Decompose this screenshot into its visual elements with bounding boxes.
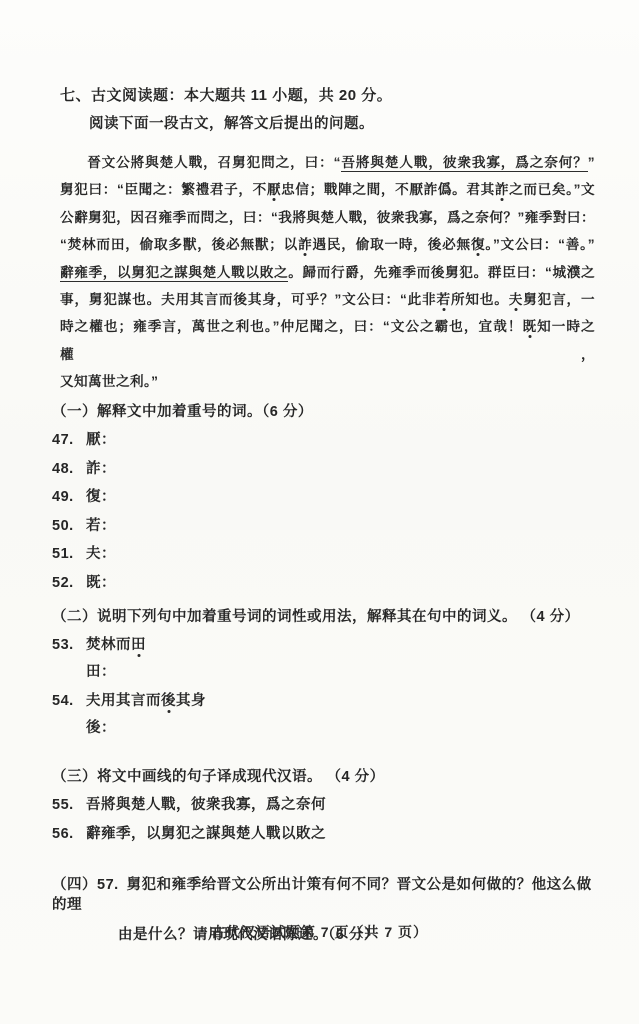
page-footer: 古代汉语试题第 7 页（共 7 页） (0, 922, 639, 942)
text-run: 夫用其言而 (86, 693, 161, 709)
question-50: 50. 若： (52, 517, 595, 536)
question-number: 48. (52, 460, 86, 479)
text-run: 時之權也；雍季言，萬世之利也。”仲尼聞之，曰：“文公之霸也，宜哉！ (60, 319, 522, 334)
emphasized-char: 詐 (298, 237, 312, 252)
emphasized-char: 厭 (267, 182, 281, 197)
section-one-heading: （一）解释文中加着重号的词。（6 分） (52, 402, 595, 422)
section-one: （一）解释文中加着重号的词。（6 分） 47. 厭： 48. 詐： 49. 復：… (52, 402, 595, 593)
passage-line: 又知萬世之利。” (60, 368, 595, 395)
question-sentence: 辭雍季，以舅犯之謀與楚人戰以敗之 (86, 825, 326, 844)
question-sentence: 夫用其言而後其身 (86, 692, 206, 711)
section-three-heading: （三）将文中画线的句子译成现代汉语。 （4 分） (52, 767, 595, 787)
question-48: 48. 詐： (52, 460, 595, 479)
question-word: 復： (86, 488, 116, 507)
text-run: 。”文公曰：“善。” (485, 237, 595, 252)
question-word: 詐： (86, 460, 116, 479)
question-55: 55. 吾將與楚人戰，彼衆我寡，爲之奈何 (52, 796, 595, 815)
question-number: 49. (52, 488, 86, 507)
question-57-line1: （四）57.舅犯和雍季给晋文公所出计策有何不同？晋文公是如何做的？他这么做的理 (52, 875, 595, 915)
text-run: “焚林而田，偷取多獸，後必無獸；以 (60, 237, 298, 252)
question-sentence: 吾將與楚人戰，彼衆我寡，爲之奈何 (86, 796, 326, 815)
question-number: （四）57. (52, 877, 127, 893)
section-three: （三）将文中画线的句子译成现代汉语。 （4 分） 55. 吾將與楚人戰，彼衆我寡… (52, 767, 595, 844)
text-run: 忠信；戰陣之間，不厭詐僞。君其 (281, 182, 495, 197)
question-sentence: 焚林而田 (86, 636, 146, 655)
question-number: 51. (52, 545, 86, 564)
emphasized-char: 後 (161, 693, 176, 709)
question-number: 47. (52, 431, 86, 450)
text-run: 公辭舅犯，因召雍季而問之，曰：“我將與楚人戰，彼衆我寡，爲之奈何？”雍季對曰： (60, 210, 595, 225)
passage-line: 時之權也；雍季言，萬世之利也。”仲尼聞之，曰：“文公之霸也，宜哉！既知一時之權， (60, 313, 595, 368)
question-text: 舅犯和雍季给晋文公所出计策有何不同？晋文公是如何做的？他这么做的理 (52, 877, 592, 913)
question-word: 夫： (86, 545, 116, 564)
section-two-heading: （二）说明下列句中加着重号词的词性或用法，解释其在句中的词义。 （4 分） (52, 607, 595, 627)
section-seven-title: 七、古文阅读题：本大题共 11 小题，共 20 分。 (60, 86, 595, 106)
underlined-clause: 辭雍季，以舅犯之謀與楚人戰以敗之 (60, 265, 288, 282)
question-51: 51. 夫： (52, 545, 595, 564)
text-run: 所知也。 (451, 292, 509, 307)
question-word: 厭： (86, 431, 116, 450)
emphasized-char: 詐 (495, 182, 509, 197)
text-run: ” (588, 155, 595, 170)
question-47: 47. 厭： (52, 431, 595, 450)
question-53-answer-label: 田： (52, 663, 595, 682)
classical-passage: 晉文公將與楚人戰，召舅犯問之，曰：“吾將與楚人戰，彼衆我寡，爲之奈何？” 舅犯曰… (60, 149, 595, 396)
text-run: 。歸而行爵，先雍季而後舅犯。群臣曰：“城濮之 (288, 265, 595, 280)
text-run: 之而已矣。”文 (509, 182, 595, 197)
text-run: 其身 (176, 693, 206, 709)
question-53: 53. 焚林而田 (52, 636, 595, 655)
emphasized-char: 田 (131, 637, 146, 653)
underlined-clause: 吾將與楚人戰，彼衆我寡，爲之奈何？ (341, 155, 588, 172)
passage-line: 事，舅犯謀也。夫用其言而後其身，可乎？”文公曰：“此非若所知也。夫舅犯言，一 (60, 286, 595, 313)
question-number: 50. (52, 517, 86, 536)
question-word: 若： (86, 517, 116, 536)
question-56: 56. 辭雍季，以舅犯之謀與楚人戰以敗之 (52, 825, 595, 844)
text-run: 焚林而 (86, 637, 131, 653)
reading-instruction: 阅读下面一段古文，解答文后提出的问题。 (60, 114, 595, 134)
text-run: 晉文公將與楚人戰，召舅犯問之，曰：“ (87, 155, 341, 170)
passage-line: “焚林而田，偷取多獸，後必無獸；以詐遇民，偷取一時，後必無復。”文公曰：“善。” (60, 231, 595, 258)
passage-line: 公辭舅犯，因召雍季而問之，曰：“我將與楚人戰，彼衆我寡，爲之奈何？”雍季對曰： (60, 204, 595, 231)
text-run: 舅犯言，一 (523, 292, 595, 307)
emphasized-char: 若 (437, 292, 451, 307)
question-number: 54. (52, 692, 86, 711)
emphasized-char: 復 (471, 237, 485, 252)
passage-line: 辭雍季，以舅犯之謀與楚人戰以敗之。歸而行爵，先雍季而後舅犯。群臣曰：“城濮之 (60, 259, 595, 286)
question-54: 54. 夫用其言而後其身 (52, 692, 595, 711)
section-two: （二）说明下列句中加着重号词的词性或用法，解释其在句中的词义。 （4 分） 53… (52, 607, 595, 738)
question-52: 52. 既： (52, 574, 595, 593)
question-number: 53. (52, 636, 86, 655)
question-49: 49. 復： (52, 488, 595, 507)
emphasized-char: 夫 (509, 292, 523, 307)
question-number: 52. (52, 574, 86, 593)
question-number: 56. (52, 825, 86, 844)
text-run: 遇民，偷取一時，後必無 (312, 237, 470, 252)
passage-line: 晉文公將與楚人戰，召舅犯問之，曰：“吾將與楚人戰，彼衆我寡，爲之奈何？” (60, 149, 595, 176)
exam-page: 七、古文阅读题：本大题共 11 小题，共 20 分。 阅读下面一段古文，解答文后… (0, 0, 639, 1024)
emphasized-char: 既 (522, 319, 537, 334)
passage-line: 舅犯曰：“臣聞之：繁禮君子，不厭忠信；戰陣之間，不厭詐僞。君其詐之而已矣。”文 (60, 176, 595, 203)
text-run: 又知萬世之利。” (60, 374, 158, 389)
text-run: 舅犯曰：“臣聞之：繁禮君子，不 (60, 182, 267, 197)
question-word: 既： (86, 574, 116, 593)
question-number: 55. (52, 796, 86, 815)
question-54-answer-label: 後： (52, 719, 595, 738)
text-run: 事，舅犯謀也。夫用其言而後其身，可乎？”文公曰：“此非 (60, 292, 437, 307)
